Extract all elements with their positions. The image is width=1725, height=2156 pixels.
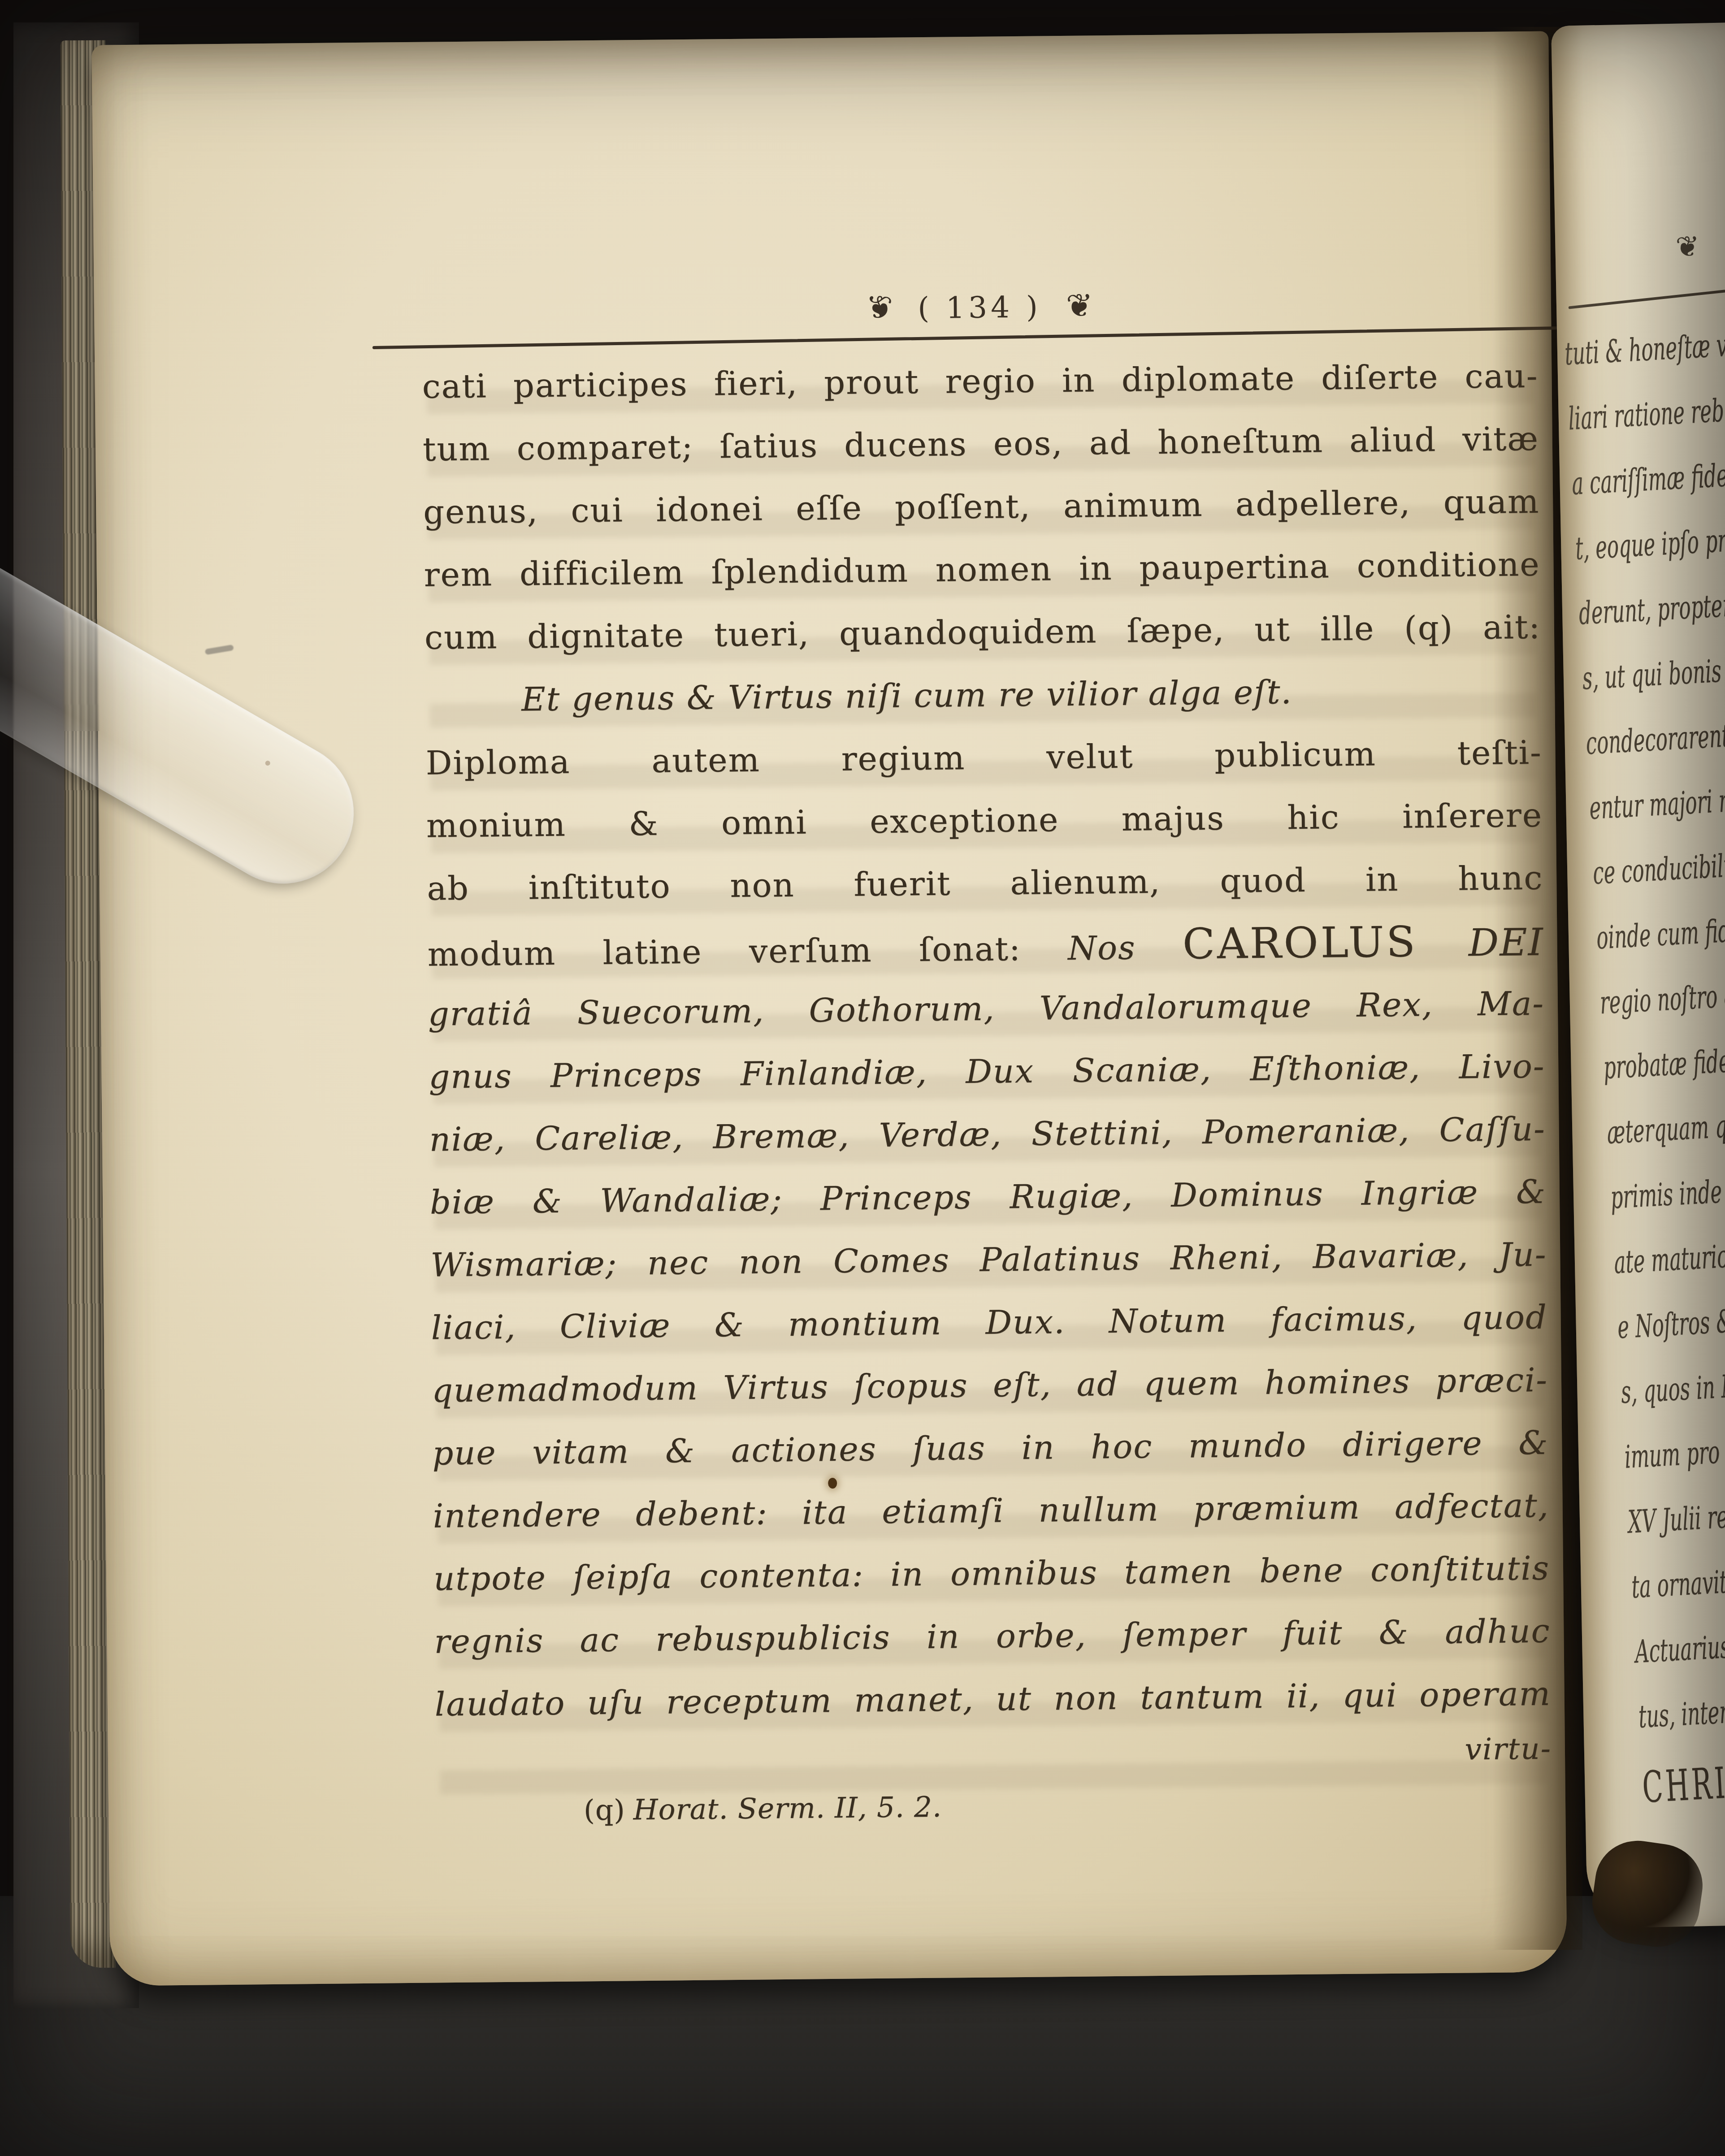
right-page-line: primis inde adoleſ [1609,1156,1725,1230]
footnote-marker: (q) [584,1793,625,1827]
page-number: ( 134 ) [918,290,1041,325]
right-page-line: derunt, propterea [1577,571,1725,646]
fleuron-ornament-icon: ❦ [1066,286,1097,325]
right-page-line: tuti & honeſtæ vi [1563,312,1725,386]
text-line: niæ, Careliæ, Bremæ, Verdæ, Stettini, Po… [429,1098,1546,1172]
right-page-line: tus, interea variis [1637,1675,1725,1749]
right-header-rule [1569,286,1725,309]
text-line: liaci, Cliviæ & montium Dux. Notum facim… [431,1286,1547,1360]
text-line: rem difficilem ſplendidum nomen in paupe… [424,533,1540,607]
right-page-line: a cariſſimæ fidem [1570,442,1725,516]
right-page-line: s, ut qui bonis art [1581,636,1725,711]
fleuron-ornament-icon: ❦ [862,289,893,327]
text-line: cum dignitate tueri, quandoquidem ſæpe, … [424,596,1541,670]
text-line: tum comparet; ſatius ducens eos, ad hone… [422,408,1539,481]
paragraph-2: Diploma autem regium velut publicum teſt… [425,722,1543,921]
right-page-line: æterquam quod leg [1605,1091,1725,1165]
right-page-line: ce conducibilia & [1591,831,1725,905]
right-page-line: oinde cum fide & [1595,896,1725,970]
paragraph-1: cati participes fieri, prout regio in di… [422,345,1541,670]
left-page: ❦( 134 )❦ cati participes fieri, prout r… [91,31,1567,1986]
text-line: quemadmodum Virtus ſcopus eſt, ad quem h… [431,1349,1548,1423]
text-line: biæ & Wandaliæ; Princeps Rugiæ, Dominus … [429,1161,1546,1234]
carolus-line-caps: CAROLUS [1182,917,1469,969]
right-page-line: entur majori niſu [1588,766,1725,841]
header-rule [373,326,1574,349]
page-header: ❦( 134 )❦ [421,282,1538,331]
text-line: ab inſtituto non fuerit alienum, quod in… [427,847,1543,921]
right-page-line: ate maturiori devo [1612,1221,1725,1295]
right-page-line: condecorarentur p [1584,701,1725,776]
pencil-smudge [205,645,234,655]
right-page-line: ta ornavit, & ibi [1630,1545,1725,1619]
verse-line: Et genus & Virtus niſi cum re vilior alg… [425,659,1542,732]
footnote-text: Horat. Serm. II, 5. 2. [633,1791,942,1827]
fleuron-ornament-icon: ❦ [1675,230,1700,264]
text-line: cati participes fieri, prout regio in di… [422,345,1539,419]
text-line: Diploma autem regium velut publicum teſt… [425,722,1542,795]
carolus-line-nos: Nos [1068,928,1183,967]
christinae-caps: CHRISTINÆ [1640,1740,1725,1825]
text-line: monium & omni exceptione majus hic inſer… [426,784,1543,858]
right-page-line: s, quos in Noſtr [1619,1351,1725,1425]
text-line: laudato uſu receptum manet, ut non tantu… [434,1663,1551,1736]
right-page-line: XV Julii receptus [1626,1480,1725,1554]
text-line: utpote ſeipſa contenta: in omnibus tamen… [433,1537,1550,1611]
right-page-line: t, eoque ipſo pr [1573,507,1725,581]
royal-titles: gratiâ Suecorum, Gothorum, Vandalorumque… [428,973,1551,1736]
text-line: intendere debent: ita etiamſi nullum præ… [433,1475,1549,1548]
footnote: (q)Horat. Serm. II, 5. 2. [436,1772,1552,1841]
right-page-line: liari ratione rebu [1567,377,1725,451]
right-text-block: tuti & honeſtæ viliari ratione rebua car… [1563,312,1725,1826]
right-page-line: e Noſtros & patr [1616,1286,1725,1360]
right-page-lines: tuti & honeſtæ viliari ratione rebua car… [1563,312,1725,1749]
photo-canvas: ❦( 134 )❦ cati participes fieri, prout r… [0,0,1725,2156]
carolus-line-roman: modum latine verſum ſonat: [427,930,1068,974]
right-page-line: regio noſtro & re [1598,961,1725,1035]
text-line: genus, cui idonei eſſe poſſent, animum a… [423,471,1540,544]
text-line: gratiâ Suecorum, Gothorum, Vandalorumque… [428,973,1544,1046]
right-page-line: Actuarius, verum e [1633,1610,1725,1684]
text-line: pue vitam & actiones ſuas in hoc mundo d… [432,1412,1549,1485]
text-line: Wismariæ; nec non Comes Palatinus Rheni,… [430,1224,1547,1297]
text-line: gnus Princeps Finlandiæ, Dux Scaniæ, Eſt… [429,1035,1545,1109]
carolus-line: modum latine verſum ſonat: Nos CAROLUS D… [427,910,1544,983]
ink-spot [828,1478,837,1489]
text-line: regnis ac rebuspublicis in orbe, ſemper … [434,1600,1551,1674]
right-page-line: probatæ fidei Vir, [1602,1026,1725,1100]
text-block: cati participes fieri, prout regio in di… [422,345,1552,1841]
right-page-line: imum pro Cancelli [1623,1416,1725,1490]
